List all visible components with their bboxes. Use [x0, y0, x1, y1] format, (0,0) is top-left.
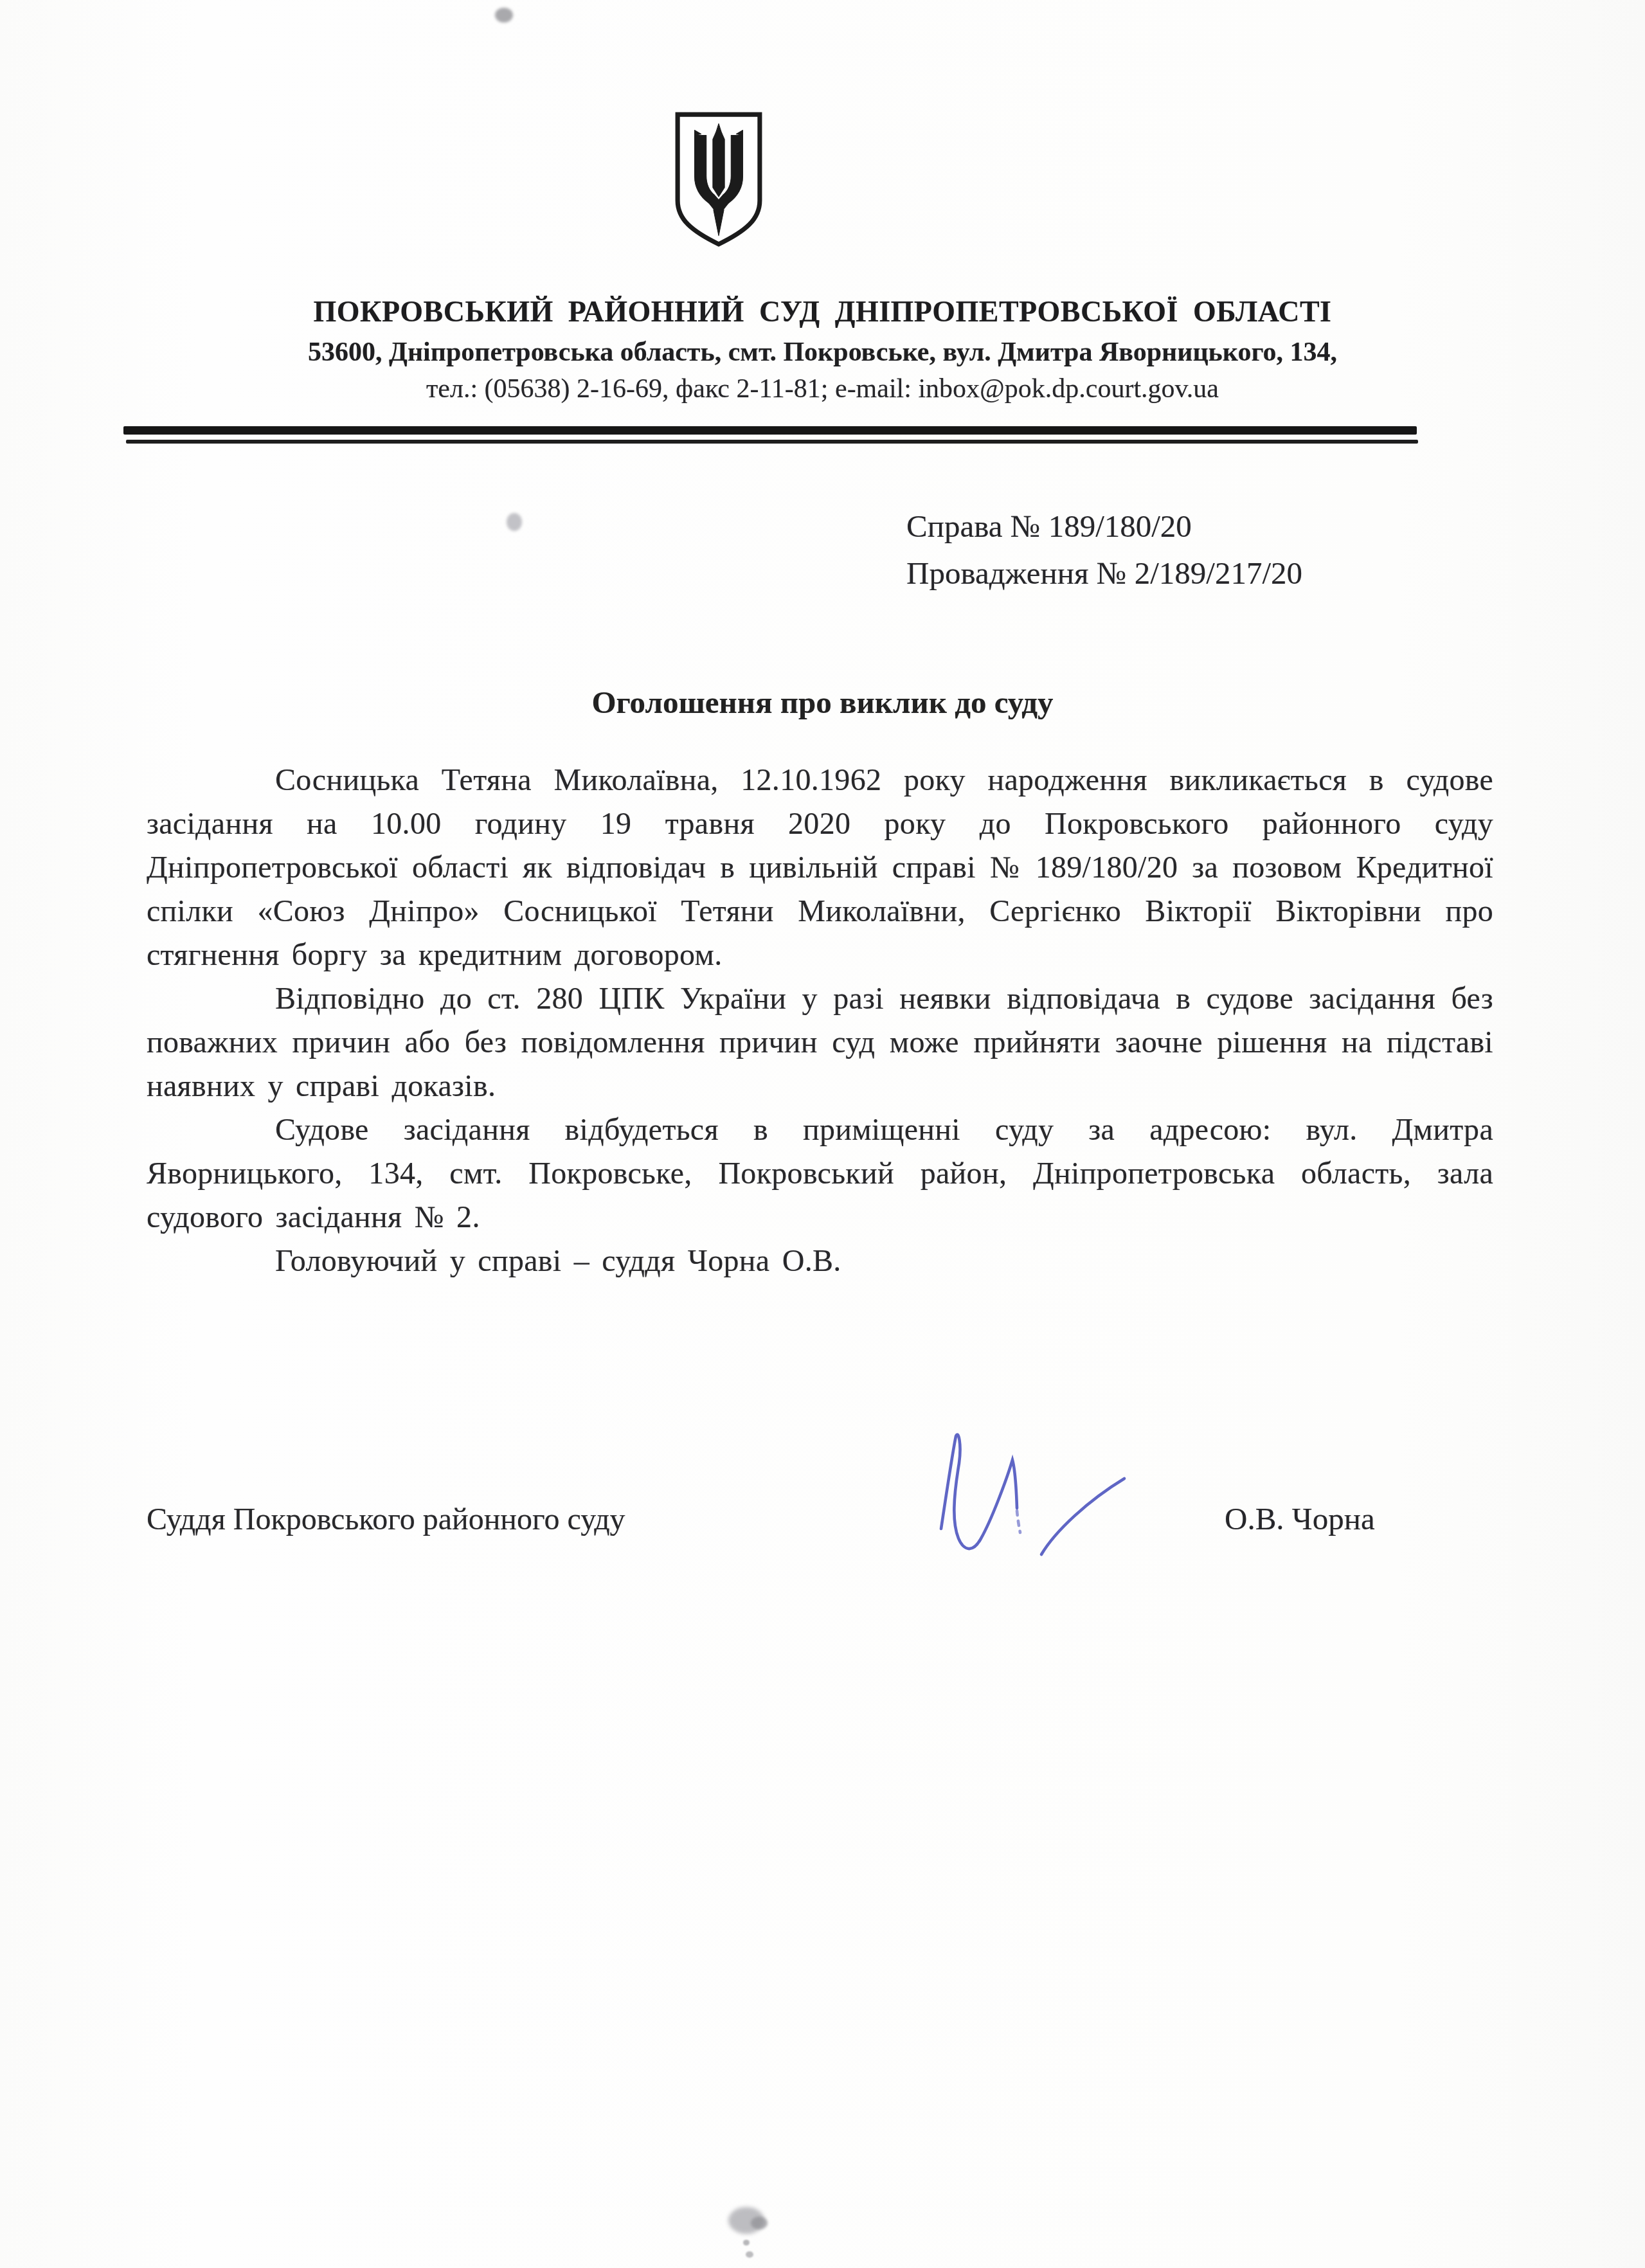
document-body: Сосницька Тетяна Миколаївна, 12.10.1962 …	[147, 759, 1493, 1283]
court-address-line: 53600, Дніпропетровська область, смт. По…	[0, 337, 1645, 368]
court-name-heading: ПОКРОВСЬКИЙ РАЙОННИЙ СУД ДНІПРОПЕТРОВСЬК…	[0, 294, 1645, 328]
body-paragraph: Відповідно до ст. 280 ЦПК України у разі…	[147, 977, 1493, 1108]
scanned-court-document-page: ПОКРОВСЬКИЙ РАЙОННИЙ СУД ДНІПРОПЕТРОВСЬК…	[0, 0, 1645, 2268]
case-number: Справа № 189/180/20	[906, 503, 1302, 550]
proceeding-number: Провадження № 2/189/217/20	[906, 550, 1302, 597]
body-paragraph: Головуючий у справі – суддя Чорна О.В.	[147, 1239, 1493, 1283]
scan-speck	[746, 2251, 753, 2258]
court-contact-line: тел.: (05638) 2-16-69, факс 2-11-81; e-m…	[0, 373, 1645, 404]
judge-name-label: О.В. Чорна	[1225, 1500, 1375, 1537]
body-paragraph: Судове засідання відбудеться в приміщенн…	[147, 1108, 1493, 1239]
scan-speck	[495, 8, 513, 22]
body-paragraph: Сосницька Тетяна Миколаївна, 12.10.1962 …	[147, 759, 1493, 977]
scan-speck	[507, 513, 522, 531]
scan-speck	[751, 2217, 768, 2229]
document-title: Оголошення про виклик до суду	[0, 684, 1645, 721]
letterhead-divider-thick	[123, 426, 1417, 435]
judge-signature-handwriting	[932, 1431, 1158, 1580]
case-reference-block: Справа № 189/180/20 Провадження № 2/189/…	[906, 503, 1302, 597]
ukraine-trident-emblem-icon	[672, 109, 765, 249]
judge-role-label: Суддя Покровського районного суду	[147, 1502, 625, 1537]
scan-speck	[743, 2240, 750, 2245]
letterhead-divider-thin	[126, 440, 1418, 444]
